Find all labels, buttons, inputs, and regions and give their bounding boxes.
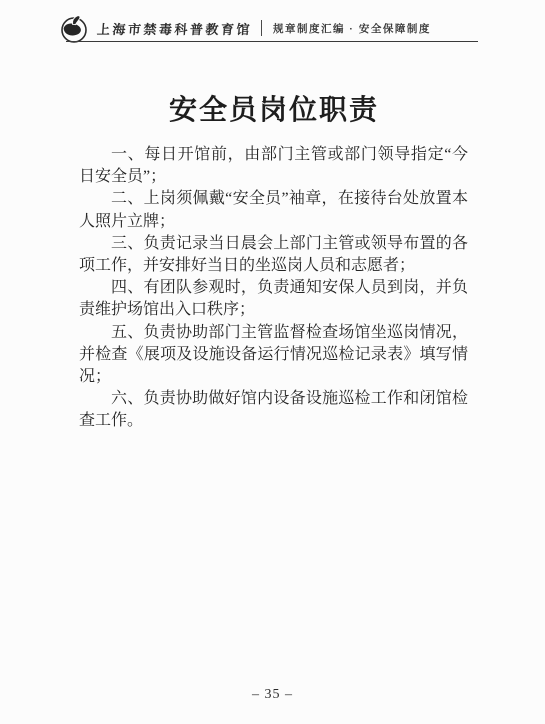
document-body: 一、每日开馆前，由部门主管或部门领导指定“今日安全员”； 二、上岗须佩戴“安全员… (79, 144, 468, 433)
paragraph-6: 六、负责协助做好馆内设备设施巡检工作和闭馆检查工作。 (79, 388, 468, 432)
paragraph-2: 二、上岗须佩戴“安全员”袖章，在接待台处放置本人照片立牌； (79, 188, 468, 232)
museum-name: 上海市禁毒科普教育馆 (96, 19, 252, 38)
header-divider (261, 20, 262, 36)
page-number: – 35 – (0, 687, 545, 703)
page-title: 安全员岗位职责 (78, 88, 470, 128)
paragraph-1: 一、每日开馆前，由部门主管或部门领导指定“今日安全员”； (79, 144, 468, 188)
page-header: 上海市禁毒科普教育馆 规章制度汇编 · 安全保障制度 (60, 12, 431, 44)
paragraph-3: 三、负责记录当日晨会上部门主管或领导布置的各项工作，并安排好当日的坐巡岗人员和志… (79, 233, 468, 277)
paragraph-4: 四、有团队参观时，负责通知安保人员到岗，并负责维护场馆出入口秩序； (79, 277, 468, 321)
document-page: 上海市禁毒科普教育馆 规章制度汇编 · 安全保障制度 安全员岗位职责 一、每日开… (0, 0, 545, 724)
paragraph-5: 五、负责协助部门主管监督检查场馆坐巡岗情况，并检查《展项及设施设备运行情况巡检记… (79, 322, 468, 389)
doc-series-title: 规章制度汇编 · 安全保障制度 (273, 21, 431, 36)
museum-bird-logo-icon (60, 13, 88, 44)
header-rule (66, 41, 478, 42)
